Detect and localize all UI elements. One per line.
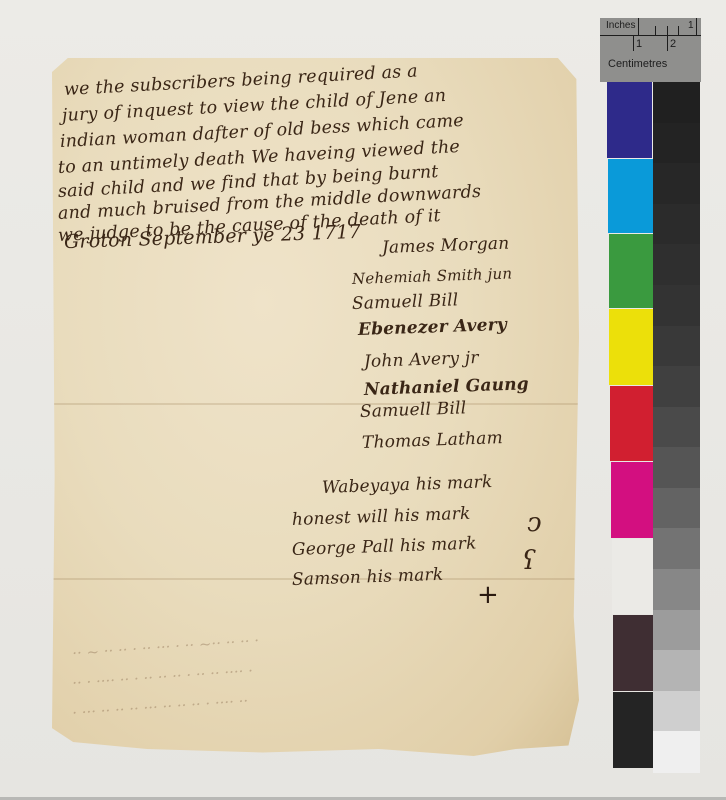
cm-tick-label: 2 xyxy=(670,38,676,50)
color-patch-yellow xyxy=(609,309,654,385)
signature: Ebenezer Avery xyxy=(358,315,508,340)
signature: George Pall his mark xyxy=(292,534,477,560)
signature: Samson his mark xyxy=(292,565,444,590)
gray-step xyxy=(653,326,700,368)
gray-step xyxy=(653,691,700,733)
signature: honest will his mark xyxy=(292,504,471,530)
gray-step xyxy=(653,650,700,692)
gray-step xyxy=(653,123,700,165)
fold-line xyxy=(52,403,579,405)
signature: Samuell Bill xyxy=(360,398,467,422)
color-patch-magenta xyxy=(611,462,656,538)
measurement-ruler: Inches 1 1 2 Centimetres xyxy=(600,18,701,82)
color-patch-blue xyxy=(607,82,652,158)
gray-scale-column xyxy=(653,82,700,772)
color-patch-red xyxy=(610,386,655,461)
gray-step xyxy=(653,569,700,611)
centimetres-label: Centimetres xyxy=(608,58,667,70)
gray-step xyxy=(653,366,700,408)
cm-tick-label: 1 xyxy=(636,38,642,50)
color-patch-brown xyxy=(613,615,658,691)
gray-step xyxy=(653,610,700,652)
signature: James Morgan xyxy=(382,234,510,258)
cross-mark: + xyxy=(477,580,499,610)
gray-step xyxy=(653,204,700,246)
color-patch-cyan xyxy=(608,159,653,233)
color-patch-white xyxy=(612,539,657,614)
gray-step xyxy=(653,488,700,530)
gray-step xyxy=(653,731,700,773)
mark-glyph: ↄ xyxy=(527,508,542,538)
signature: Thomas Latham xyxy=(362,428,504,453)
mark-glyph: ʕ xyxy=(522,546,536,576)
signature: Nehemiah Smith jun xyxy=(352,264,513,288)
inch-tick-label: 1 xyxy=(688,20,694,31)
signature: Samuell Bill xyxy=(352,290,459,314)
gray-step xyxy=(653,285,700,327)
gray-step xyxy=(653,447,700,489)
signature: John Avery jr xyxy=(364,348,479,372)
gray-step xyxy=(653,407,700,449)
gray-step xyxy=(653,528,700,570)
gray-step xyxy=(653,244,700,286)
color-patch-green xyxy=(609,234,654,308)
gray-step xyxy=(653,82,700,124)
gray-step xyxy=(653,163,700,205)
manuscript-page: we the subscribers being required as a j… xyxy=(52,58,579,756)
color-patch-black xyxy=(613,692,658,768)
inches-label: Inches xyxy=(606,20,635,31)
signature: Nathaniel Gaung xyxy=(364,374,530,400)
signature: Wabeyaya his mark xyxy=(322,472,493,498)
